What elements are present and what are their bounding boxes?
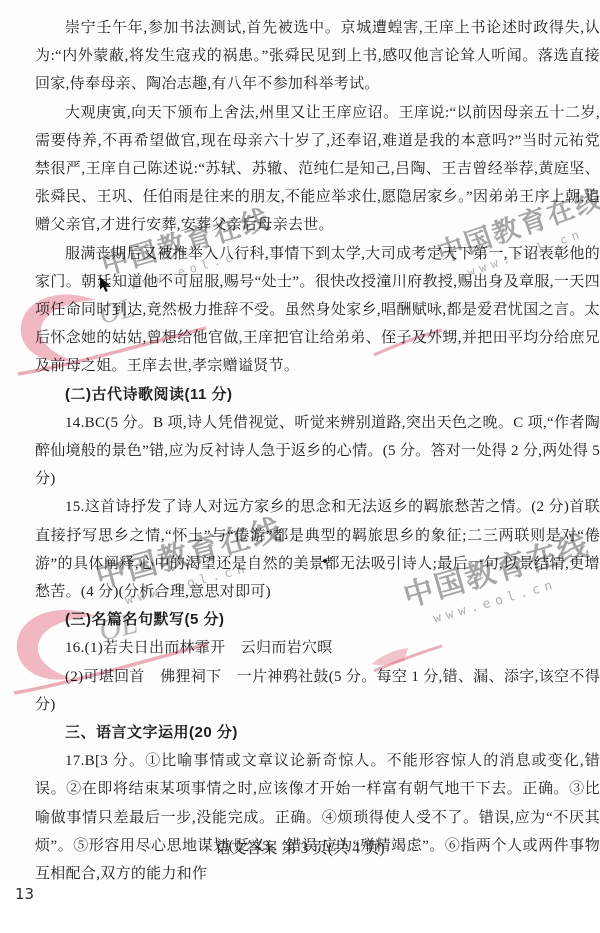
viewer-page-number: 13 (15, 885, 34, 903)
page-footer: 语文答案 第 3 页(共 4 页) (0, 836, 600, 858)
section-heading-famous-lines: (三)名篇名句默写(5 分) (35, 606, 600, 634)
answer-item-17: 17.B[3 分。①比喻事情或文章议论新奇惊人。不能形容惊人的消息或变化,错误。… (35, 747, 600, 888)
translation-paragraph-1: 崇宁壬午年,参加书法测试,首先被选中。京城遭蝗害,王庠上书论述时政得失,认为:“… (35, 14, 600, 99)
answer-item-15: 15.这首诗抒发了诗人对远方家乡的思念和无法返乡的羁旅愁苦之情。(2 分)首联直… (35, 493, 600, 606)
scanned-answer-sheet: OL 中国教育在线 www.eol.cn 中国教育在线 www.eol.cn O… (0, 0, 600, 880)
section-heading-poetry-reading: (二)古代诗歌阅读(11 分) (35, 381, 600, 409)
mouse-cursor-icon (99, 277, 111, 293)
answer-item-16-1: 16.(1)若夫日出而林霏开 云归而岩穴暝 (35, 634, 600, 662)
emphasis-dot-artifact (323, 559, 327, 563)
answer-text-column: 崇宁壬午年,参加书法测试,首先被选中。京城遭蝗害,王庠上书论述时政得失,认为:“… (35, 14, 600, 888)
section-heading-language-use: 三、语言文字运用(20 分) (35, 719, 600, 747)
translation-paragraph-2: 大观庚寅,向天下颁布上舍法,州里又让王庠应诏。王庠说:“以前因母亲五十二岁,需要… (35, 99, 600, 240)
answer-item-14: 14.BC(5 分。B 项,诗人凭借视觉、听觉来辨别道路,突出天色之晚。C 项,… (35, 409, 600, 494)
translation-paragraph-3: 服满丧期后又被推举入八行科,事情下到太学,大司成考定天下第一,下诏表彰他的家门。… (35, 240, 600, 381)
answer-item-16-2: (2)可堪回首 佛狸祠下 一片神鸦社鼓(5 分。每空 1 分,错、漏、添字,该空… (35, 663, 600, 719)
